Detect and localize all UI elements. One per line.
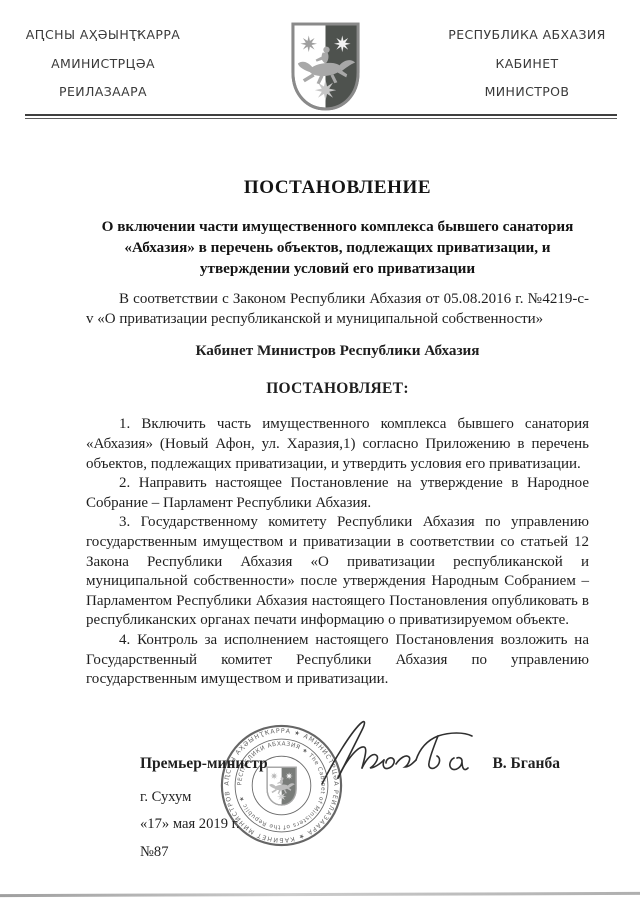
letterhead-russian-line1: РЕСПУБЛИКА АБХАЗИЯ [434,21,620,50]
document-body: ПОСТАНОВЛЕНИЕ О включении части имуществ… [86,176,589,690]
document-number: №87 [140,842,560,862]
document-title: ПОСТАНОВЛЕНИЕ [86,176,589,200]
resolution-item-4: 4. Контроль за исполнением настоящего По… [86,631,589,690]
signature-block: Премьер-министр В. Бганба г. Сухум «17» … [140,754,560,862]
signature-row: Премьер-министр В. Бганба [140,754,560,774]
issue-date: «17» мая 2019 г. [140,814,560,834]
issuer-line: Кабинет Министров Республики Абхазия [86,341,589,361]
letterhead-russian-line2: КАБИНЕТ [434,50,620,79]
letterhead-abkhaz: АԤСНЫ АҲӘЫНҬҞАРРА АМИНИСТРЦӘА РЕИЛАЗААРА [12,21,194,107]
document-page: АԤСНЫ АҲӘЫНҬҞАРРА АМИНИСТРЦӘА РЕИЛАЗААРА… [0,0,640,905]
letterhead-russian-line3: МИНИСТРОВ [434,78,620,107]
resolution-item-3: 3. Государственному комитету Республики … [86,513,589,631]
resolution-items: 1. Включить часть имущественного комплек… [86,415,589,689]
resolution-item-1: 1. Включить часть имущественного комплек… [86,415,589,474]
issue-place: г. Сухум [140,787,560,807]
letterhead-abkhaz-line1: АԤСНЫ АҲӘЫНҬҞАРРА [12,21,194,50]
letterhead-abkhaz-line2: АМИНИСТРЦӘА [12,50,194,79]
resolution-item-2: 2. Направить настоящее Постановление на … [86,474,589,513]
resolves-line: ПОСТАНОВЛЯЕТ: [86,379,589,399]
document-subject: О включении части имущественного комплек… [86,216,589,279]
preamble-paragraph: В соответствии с Законом Республики Абха… [86,290,589,329]
signer-name: В. Бганба [492,754,560,774]
letterhead-russian: РЕСПУБЛИКА АБХАЗИЯ КАБИНЕТ МИНИСТРОВ [434,21,620,107]
letterhead-divider [25,114,617,119]
scanned-page-edge [0,892,640,897]
signer-post: Премьер-министр [140,754,268,774]
letterhead-abkhaz-line3: РЕИЛАЗААРА [12,78,194,107]
coat-of-arms-icon [288,19,363,114]
